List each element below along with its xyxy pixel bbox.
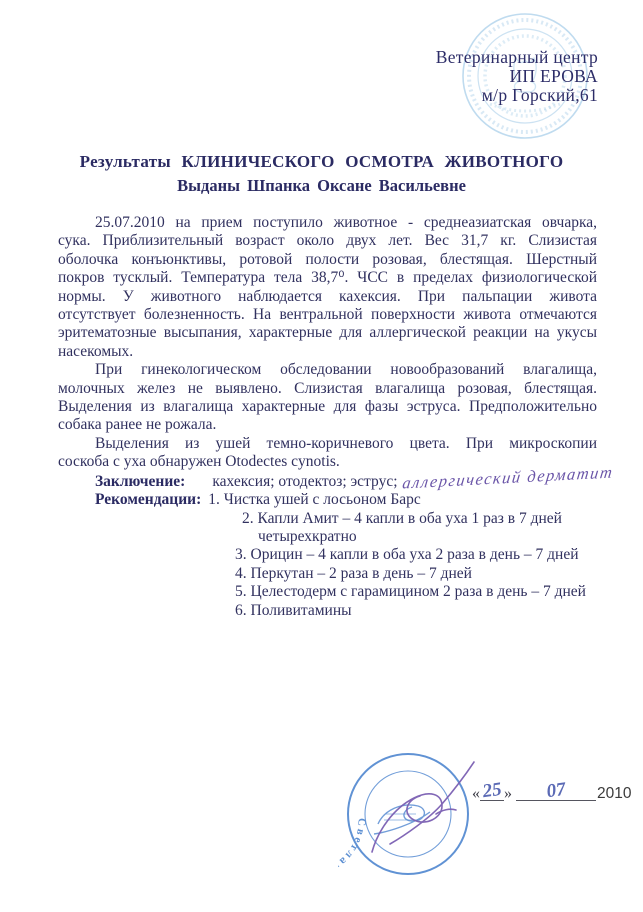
recommendation-item: 6. Поливитамины — [235, 602, 597, 620]
recommendations-label: Рекомендации: — [95, 491, 201, 508]
date-line: «25» 072010 — [472, 782, 631, 803]
document-subtitle: Выданы Шпанка Оксане Васильевне — [0, 176, 643, 196]
veterinarian-stamp-signature: Светлана Андреевна ✱ Ерова — [338, 744, 518, 889]
recommendation-item: 1. Чистка ушей с лосьоном Барс — [208, 491, 420, 508]
paragraph-line: отсутствует болезненность. На вентрально… — [58, 306, 597, 324]
paragraph-line: сука. Приблизительный возраст около двух… — [58, 232, 597, 250]
paragraph-line: При гинекологическом обследовании новооб… — [58, 361, 597, 379]
veterinarian-stamp-icon: Светлана Андреевна ✱ Ерова — [338, 744, 518, 889]
date-month-blank: 07 — [516, 782, 596, 801]
document-title-block: Результаты КЛИНИЧЕСКОГО ОСМОТРА ЖИВОТНОГ… — [0, 152, 643, 196]
handwritten-day: 25 — [481, 779, 503, 803]
clinic-owner: ИП ЕРОВА — [298, 67, 598, 86]
paragraph-line: молочных желез не выявлено. Слизистая вл… — [58, 380, 597, 398]
date-day-blank: 25 — [480, 782, 504, 801]
scanned-veterinary-report: Ветеринарный центр ИП ЕРОВА м/р Горский,… — [0, 0, 643, 912]
paragraph-line: Выделения из ушей темно-коричневого цвет… — [58, 435, 597, 453]
date-year: 2010 — [597, 785, 631, 802]
clinic-street: м/р Горский,61 — [298, 86, 598, 105]
conclusion-text: кахексия; отодектоз; эструс; — [212, 473, 397, 490]
recommendations-row: Рекомендации:1. Чистка ушей с лосьоном Б… — [95, 491, 597, 509]
paragraph-line: эритематозные высыпания, характерные для… — [58, 324, 597, 342]
recommendation-item-continuation: четырехкратно — [258, 528, 597, 546]
paragraph-line: оболочка конъюнктивы, ротовой полости ро… — [58, 251, 597, 269]
paragraph-line: насекомых. — [58, 343, 597, 361]
paragraph-line: нормы. У животного наблюдается кахексия.… — [58, 288, 597, 306]
paragraph-line: собака ранее не рожала. — [58, 416, 597, 434]
report-body: 25.07.2010 на прием поступило животное -… — [58, 214, 597, 620]
stamp-circular-text: Светлана Андреевна ✱ Ерова — [338, 769, 368, 880]
recommendation-item: 4. Перкутан – 2 раза в день – 7 дней — [235, 565, 597, 583]
conclusion-row: Заключение:кахексия; отодектоз; эструс;а… — [95, 472, 597, 491]
paragraph-line: покров тусклый. Температура тела 38,7⁰. … — [58, 269, 597, 287]
document-title: Результаты КЛИНИЧЕСКОГО ОСМОТРА ЖИВОТНОГ… — [0, 152, 643, 172]
clinic-name: Ветеринарный центр — [298, 48, 598, 67]
recommendation-item: 5. Целестодерм с гарамицином 2 раза в де… — [235, 583, 597, 601]
clinic-address-block: Ветеринарный центр ИП ЕРОВА м/р Горский,… — [298, 48, 598, 105]
recommendation-item: 3. Орицин – 4 капли в оба уха 2 раза в д… — [235, 546, 597, 564]
recommendation-item: 2. Капли Амит – 4 капли в оба уха 1 раз … — [242, 510, 597, 528]
paragraph-line: Выделения из влагалища характерные для ф… — [58, 398, 597, 416]
conclusion-label: Заключение: — [95, 473, 185, 490]
svg-text:Светлана Андреевна ✱ Ерова: Светлана Андреевна ✱ Ерова — [338, 769, 368, 880]
handwritten-month: 07 — [545, 779, 567, 803]
paragraph-line: 25.07.2010 на прием поступило животное -… — [58, 214, 597, 232]
quote-open: « — [472, 785, 480, 802]
quote-close: » — [504, 785, 512, 802]
signature-strokes — [372, 762, 474, 852]
